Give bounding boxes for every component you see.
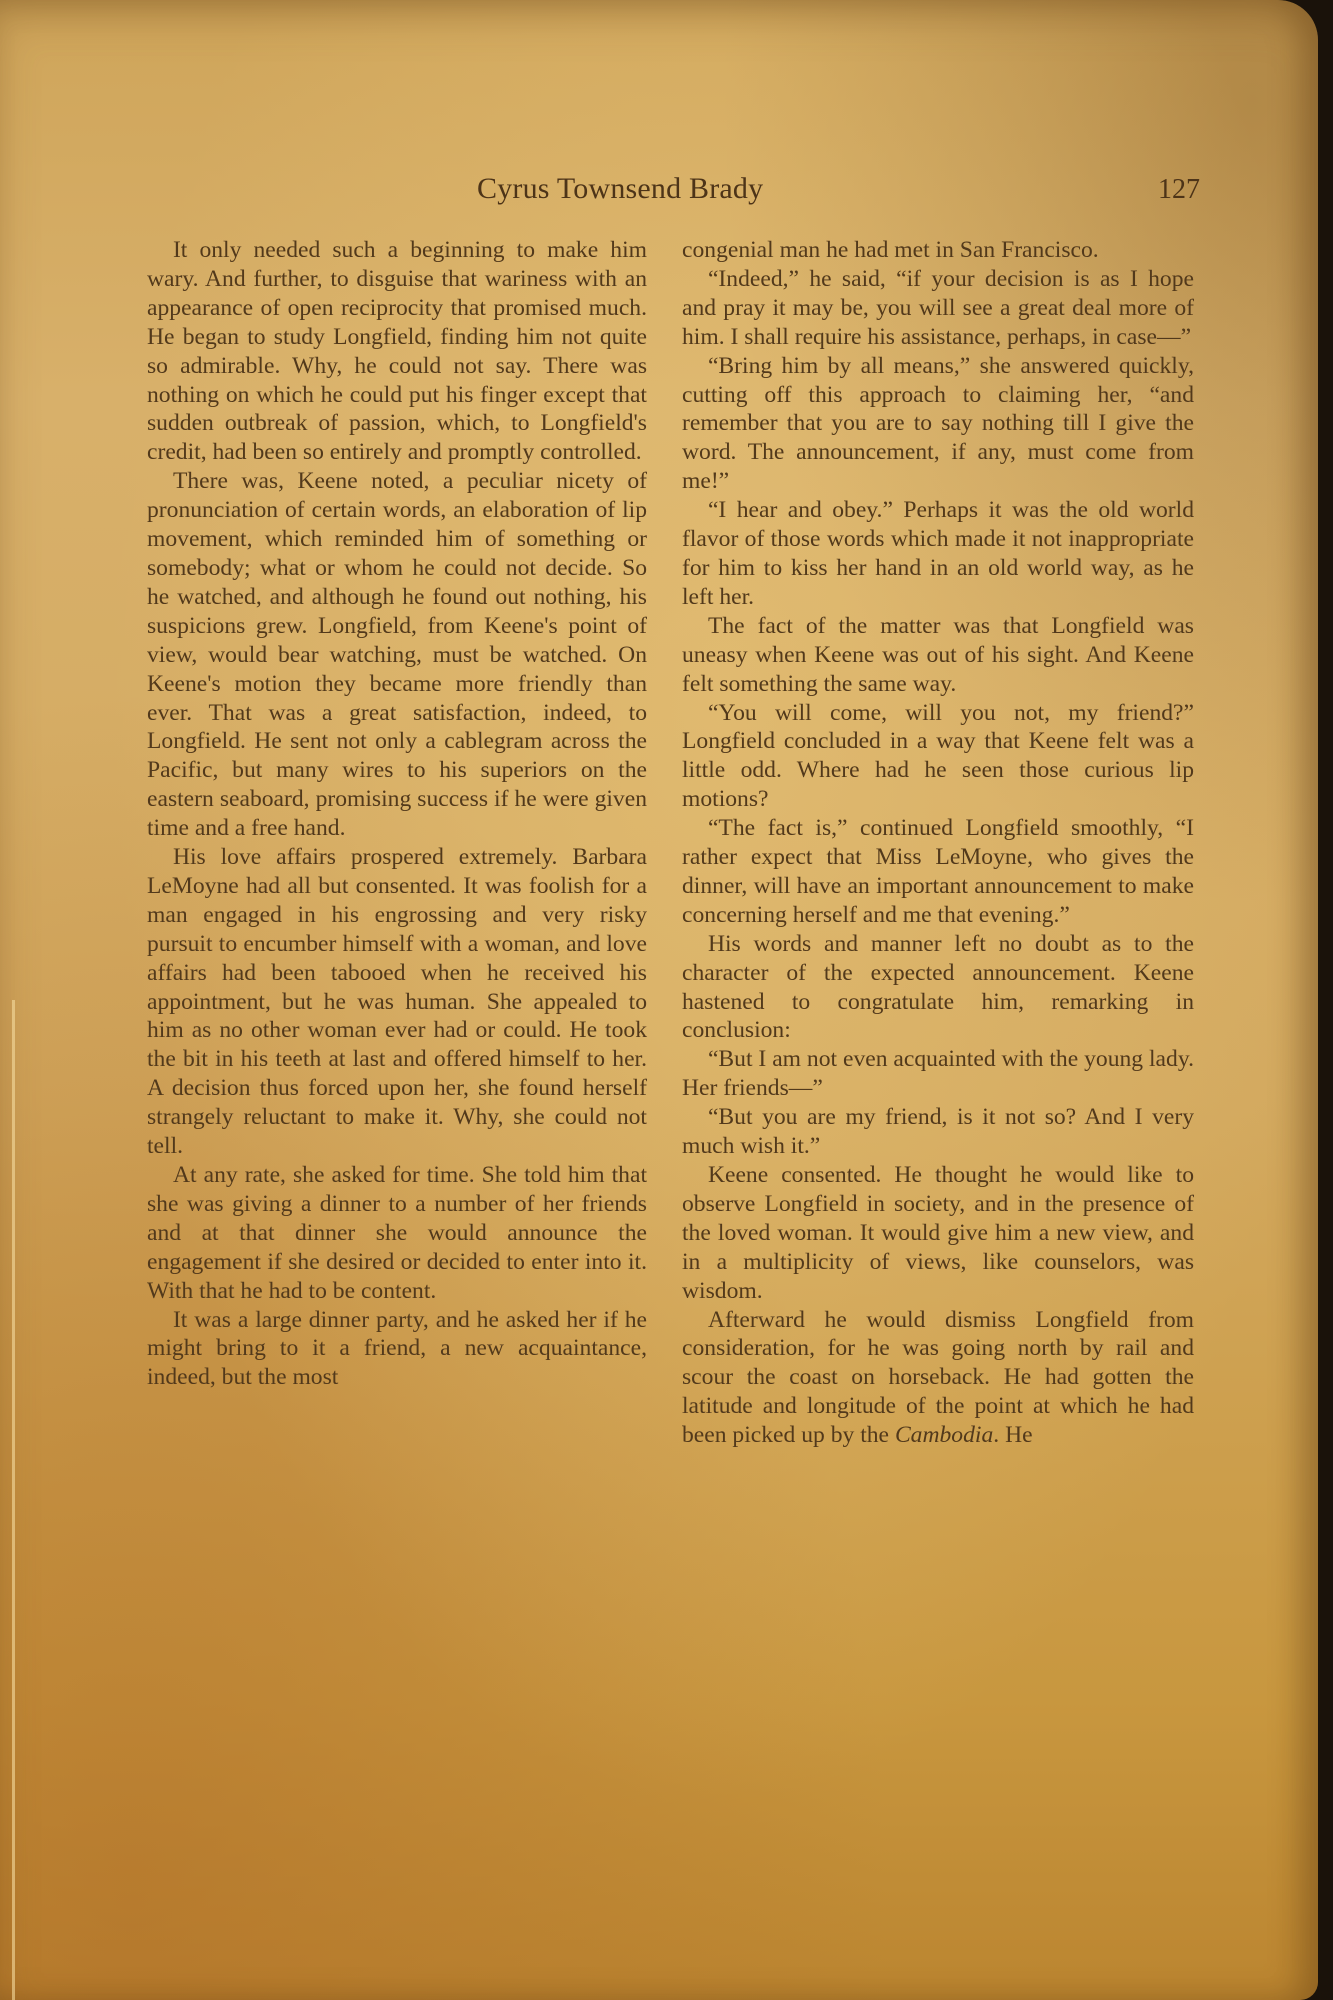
left-column: It only needed such a beginning to make … [147,236,647,1392]
paragraph: “The fact is,” continued Longfield smoot… [682,814,1194,930]
paragraph: Afterward he would dismiss Longfield fro… [682,1306,1194,1451]
page-header: Cyrus Townsend Brady 127 [140,170,1200,220]
ship-name: Cambodia [895,1422,993,1448]
paragraph: “Bring him by all means,” she an­swered … [682,352,1194,497]
paragraph-continuation: congenial man he had met in San Fran­cis… [682,236,1194,265]
page-number: 127 [1158,174,1200,206]
paragraph: “Indeed,” he said, “if your decision is … [682,265,1194,352]
page-edge [12,1000,15,2000]
paragraph: Keene consented. He thought he would lik… [682,1161,1194,1306]
right-column: congenial man he had met in San Fran­cis… [682,236,1194,1450]
paragraph: “But you are my friend, is it not so? An… [682,1103,1194,1161]
paragraph: His words and manner left no doubt as to… [682,930,1194,1046]
paragraph: “I hear and obey.” Perhaps it was the ol… [682,496,1194,612]
paragraph: His love affairs prospered extremely. Ba… [147,843,647,1161]
running-head: Cyrus Townsend Brady [477,172,763,206]
paragraph: At any rate, she asked for time. She tol… [147,1161,647,1306]
paragraph: The fact of the matter was that Long­fie… [682,612,1194,699]
paragraph: It was a large dinner party, and he aske… [147,1306,647,1393]
book-page: Cyrus Townsend Brady 127 It only needed … [0,0,1318,2000]
paragraph: There was, Keene noted, a peculiar nicet… [147,467,647,843]
paragraph: “You will come, will you not, my friend?… [682,699,1194,815]
paragraph: “But I am not even acquainted with the y… [682,1045,1194,1103]
text-run: . He [993,1422,1032,1448]
paragraph: It only needed such a beginning to make … [147,236,647,467]
